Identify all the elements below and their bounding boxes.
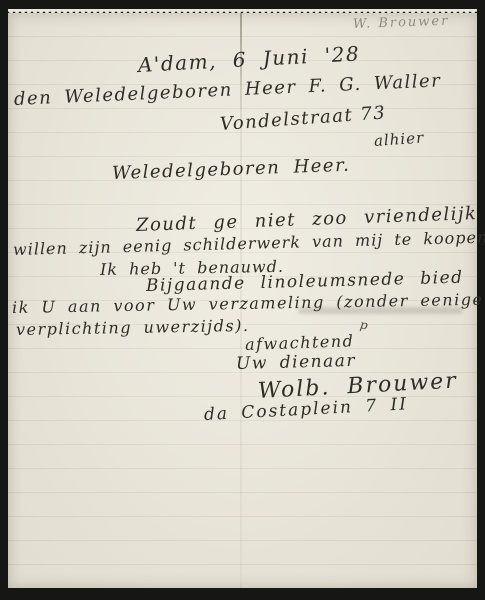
salutation-line: Weledelgeboren Heer. (112, 155, 351, 184)
insertion-mark: p (359, 318, 369, 333)
recipient-street-line: Vondelstraat 73 (219, 102, 387, 135)
date-line: A'dam, 6 Juni '28 (137, 41, 360, 77)
recipient-city-line: alhier (373, 129, 424, 150)
photo-background: W. Brouwer A'dam, 6 Juni '28 den Weledel… (0, 0, 485, 600)
ink-smudge (298, 307, 463, 314)
pencil-annotation: W. Brouwer (353, 14, 450, 32)
body-line: verplichting uwerzijds). (16, 316, 250, 339)
letter-paper: W. Brouwer A'dam, 6 Juni '28 den Weledel… (8, 13, 477, 588)
sender-address-line: da Costaplein 7 II (203, 394, 408, 425)
closing-line-2: Uw dienaar (236, 351, 356, 374)
